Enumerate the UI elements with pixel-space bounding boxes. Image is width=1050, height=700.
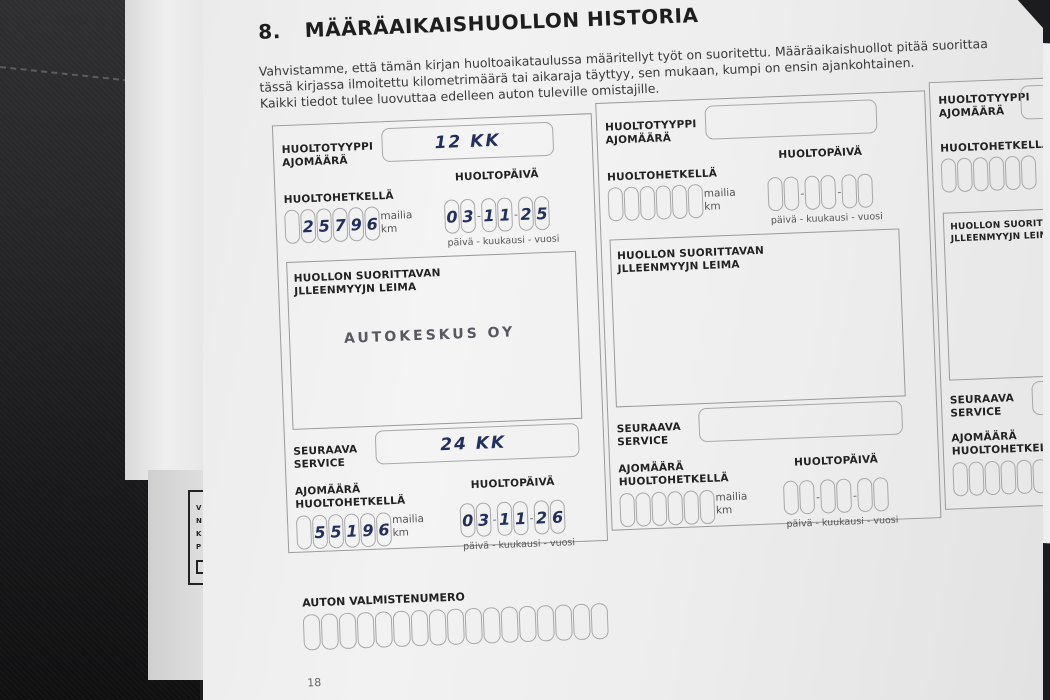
km-label: km bbox=[704, 200, 736, 214]
vin-cell[interactable] bbox=[536, 605, 554, 642]
service-entry-card-3: HUOLTOTYYPPIAJOMÄÄRÄHUOLTOHETKELLÄHUOLLO… bbox=[929, 77, 1050, 510]
mileage-field[interactable]: 25796 bbox=[284, 206, 381, 244]
date-day-cell[interactable]: 3 bbox=[460, 199, 476, 234]
date-month-cell[interactable]: 1 bbox=[481, 198, 497, 233]
next-service-date-label: HUOLTOPÄIVÄ bbox=[794, 453, 878, 469]
vin-cell[interactable] bbox=[483, 607, 501, 644]
next-service-label-line2: SERVICE bbox=[294, 457, 346, 472]
service-entry-card-2: HUOLTOTYYPPIAJOMÄÄRÄHUOLTOHETKELLÄHUOLTO… bbox=[595, 90, 941, 530]
vin-cell[interactable] bbox=[411, 610, 429, 647]
digit-cell[interactable] bbox=[952, 462, 968, 497]
date-month-cell[interactable]: 1 bbox=[497, 197, 513, 232]
digit-cell[interactable] bbox=[989, 156, 1005, 191]
vin-cell[interactable] bbox=[429, 609, 447, 646]
date-year-cell[interactable]: 2 bbox=[518, 196, 534, 231]
next-mileage-at-service-label: HUOLTOHETKELLÄ bbox=[295, 495, 405, 512]
digit-cell[interactable] bbox=[1000, 460, 1016, 495]
date-day-cell[interactable]: 0 bbox=[460, 503, 476, 538]
date-month-cell[interactable] bbox=[804, 175, 820, 210]
next-service-label-line2: SERVICE bbox=[950, 406, 1002, 421]
miles-label: mailia bbox=[392, 513, 424, 527]
service-date-label: HUOLTOPÄIVÄ bbox=[455, 168, 539, 184]
service-type-value: 12 KK bbox=[434, 131, 501, 154]
section-title-text: MÄÄRÄAIKAISHUOLLON HISTORIA bbox=[304, 3, 699, 42]
digit-cell[interactable] bbox=[296, 515, 312, 550]
date-day-cell[interactable] bbox=[783, 176, 799, 211]
digit-cell[interactable] bbox=[957, 158, 973, 193]
under-letter: P bbox=[196, 543, 201, 551]
next-service-date-label: HUOLTOPÄIVÄ bbox=[471, 476, 555, 492]
digit-cell[interactable] bbox=[1021, 155, 1037, 190]
next-mileage-field[interactable]: 55196 bbox=[296, 512, 393, 550]
dealer-stamp: AUTOKESKUS OY bbox=[344, 324, 516, 347]
unit-labels: mailiakm bbox=[715, 490, 748, 517]
digit-cell[interactable] bbox=[671, 185, 687, 220]
vin-cell[interactable] bbox=[572, 604, 590, 641]
date-year-cell[interactable]: 2 bbox=[533, 500, 549, 535]
digit-cell[interactable] bbox=[1016, 460, 1032, 495]
date-year-cell[interactable]: 5 bbox=[534, 196, 550, 231]
km-label: km bbox=[392, 526, 424, 540]
next-service-field[interactable] bbox=[698, 400, 903, 442]
digit-cell[interactable] bbox=[941, 158, 957, 193]
digit-cell[interactable] bbox=[1005, 156, 1021, 191]
unit-labels: mailiakm bbox=[380, 209, 413, 236]
unit-labels: mailiakm bbox=[704, 187, 737, 214]
digit-cell[interactable]: 5 bbox=[328, 514, 344, 549]
mileage-field[interactable] bbox=[608, 184, 705, 222]
digit-cell[interactable] bbox=[608, 187, 624, 222]
miles-label: mailia bbox=[715, 490, 747, 504]
digit-cell[interactable] bbox=[968, 461, 984, 496]
digit-cell[interactable]: 2 bbox=[300, 209, 316, 244]
under-letter: N bbox=[196, 517, 202, 525]
vin-cell[interactable] bbox=[303, 614, 321, 651]
service-type-field[interactable]: 12 KK bbox=[381, 122, 554, 163]
date-day-cell[interactable]: 0 bbox=[444, 199, 460, 234]
next-service-label-line1: SEURAAVA bbox=[950, 392, 1014, 407]
booklet-page: 8.MÄÄRÄAIKAISHUOLLON HISTORIA Vahvistamm… bbox=[203, 0, 1043, 700]
next-service-field[interactable]: 24 KK bbox=[375, 423, 580, 465]
vin-cell[interactable] bbox=[554, 604, 572, 641]
next-mileage-field[interactable] bbox=[952, 459, 1049, 497]
date-day-cell[interactable] bbox=[783, 481, 799, 516]
digit-cell[interactable] bbox=[651, 492, 667, 527]
dealer-stamp-box: HUOLLON SUORITTAVANJLLEENMYYJN LEIMAAUTO… bbox=[286, 251, 582, 430]
digit-cell[interactable] bbox=[635, 492, 651, 527]
digit-cell[interactable]: 6 bbox=[364, 206, 380, 241]
date-month-cell[interactable] bbox=[836, 478, 852, 513]
vin-cell[interactable] bbox=[357, 612, 375, 649]
mileage-label: AJOMÄÄRÄ bbox=[939, 105, 1005, 121]
service-type-field[interactable] bbox=[704, 99, 877, 140]
dealer-stamp-box: HUOLLON SUORITTAVANJLLEENMYYJN LEIMA bbox=[609, 228, 905, 407]
digit-cell[interactable]: 5 bbox=[316, 208, 332, 243]
next-service-date-field[interactable]: -- bbox=[783, 477, 890, 515]
mileage-label: AJOMÄÄRÄ bbox=[605, 132, 671, 148]
mileage-label: AJOMÄÄRÄ bbox=[282, 155, 348, 171]
digit-cell[interactable] bbox=[699, 490, 715, 525]
next-mileage-field[interactable] bbox=[619, 490, 716, 528]
miles-label: mailia bbox=[704, 187, 736, 201]
km-label: km bbox=[716, 503, 748, 517]
vin-label: AUTON VALMISTENUMERO bbox=[302, 590, 465, 609]
next-mileage-at-service-label: HUOLTOHETKELLÄ bbox=[619, 472, 729, 489]
vin-cell[interactable] bbox=[465, 608, 483, 645]
digit-cell[interactable] bbox=[667, 491, 683, 526]
next-service-date-field[interactable]: 03-11-26 bbox=[460, 499, 567, 537]
next-service-label-line1: SEURAAVA bbox=[617, 421, 681, 436]
digit-cell[interactable] bbox=[623, 186, 639, 221]
digit-cell[interactable] bbox=[284, 209, 300, 244]
next-service-value: 24 KK bbox=[440, 433, 507, 456]
under-letter: K bbox=[196, 530, 201, 538]
date-month-cell[interactable]: 1 bbox=[496, 502, 512, 537]
section-title: 8.MÄÄRÄAIKAISHUOLLON HISTORIA bbox=[258, 3, 699, 44]
date-year-cell[interactable]: 6 bbox=[549, 499, 565, 534]
digit-cell[interactable]: 9 bbox=[348, 207, 364, 242]
date-format-hint: päivä - kuukausi - vuosi bbox=[447, 233, 559, 248]
date-month-cell[interactable] bbox=[820, 479, 836, 514]
service-date-label: HUOLTOPÄIVÄ bbox=[778, 146, 862, 162]
digit-cell[interactable]: 5 bbox=[312, 515, 328, 550]
vin-cell[interactable] bbox=[375, 611, 393, 648]
service-date-field[interactable]: -- bbox=[767, 173, 874, 211]
date-format-hint: päivä - kuukausi - vuosi bbox=[771, 211, 883, 226]
digit-cell[interactable]: 1 bbox=[344, 513, 360, 548]
date-day-cell[interactable] bbox=[799, 480, 815, 515]
page-number: 18 bbox=[307, 676, 321, 690]
under-letter: V bbox=[196, 504, 201, 512]
digit-cell[interactable] bbox=[639, 186, 655, 221]
digit-cell[interactable] bbox=[655, 185, 671, 220]
date-month-cell[interactable]: 1 bbox=[512, 501, 528, 536]
mileage-at-service-label: HUOLTOHETKELLÄ bbox=[940, 139, 1050, 156]
vin-cell[interactable] bbox=[393, 611, 411, 648]
vin-cell[interactable] bbox=[519, 606, 537, 643]
date-year-cell[interactable] bbox=[873, 477, 889, 512]
dealer-stamp-box: HUOLLON SUORITTAVANJLLEENMYYJN LEIMA bbox=[943, 207, 1050, 381]
next-service-label-line2: SERVICE bbox=[617, 434, 669, 449]
date-year-cell[interactable] bbox=[841, 174, 857, 209]
service-entry-card-1: HUOLTOTYYPPIAJOMÄÄRÄ12 KKHUOLTOHETKELLÄH… bbox=[272, 113, 608, 553]
date-month-cell[interactable] bbox=[820, 175, 836, 210]
service-date-field[interactable]: 03-11-25 bbox=[444, 196, 551, 234]
digit-cell[interactable] bbox=[683, 490, 699, 525]
mileage-at-service-label: HUOLTOHETKELLÄ bbox=[284, 190, 394, 207]
vin-cell[interactable] bbox=[321, 613, 339, 650]
date-format-hint: päivä - kuukausi - vuosi bbox=[786, 515, 898, 530]
vin-cell[interactable] bbox=[447, 608, 465, 645]
date-day-cell[interactable] bbox=[767, 177, 783, 212]
section-number: 8. bbox=[258, 19, 281, 44]
vin-cell[interactable] bbox=[590, 603, 608, 640]
next-service-label-line1: SEURAAVA bbox=[293, 443, 357, 458]
miles-label: mailia bbox=[380, 209, 412, 223]
vin-field[interactable] bbox=[303, 603, 610, 651]
vin-cell[interactable] bbox=[339, 613, 357, 650]
date-format-hint: päivä - kuukausi - vuosi bbox=[463, 537, 575, 552]
stamp-label-line2: JLLEENMYYJN LEIMA bbox=[951, 229, 1050, 246]
vin-cell[interactable] bbox=[501, 606, 519, 643]
digit-cell[interactable]: 6 bbox=[376, 512, 392, 547]
digit-cell[interactable]: 9 bbox=[360, 513, 376, 548]
date-day-cell[interactable]: 3 bbox=[476, 502, 492, 537]
digit-cell[interactable] bbox=[973, 157, 989, 192]
date-year-cell[interactable] bbox=[857, 173, 873, 208]
mileage-field[interactable] bbox=[941, 155, 1038, 193]
unit-labels: mailiakm bbox=[392, 513, 425, 540]
mileage-at-service-label: HUOLTOHETKELLÄ bbox=[607, 167, 717, 184]
digit-cell[interactable] bbox=[984, 461, 1000, 496]
km-label: km bbox=[381, 222, 413, 236]
digit-cell[interactable] bbox=[619, 493, 635, 528]
digit-cell[interactable] bbox=[687, 184, 703, 219]
date-year-cell[interactable] bbox=[857, 478, 873, 513]
digit-cell[interactable]: 7 bbox=[332, 208, 348, 243]
